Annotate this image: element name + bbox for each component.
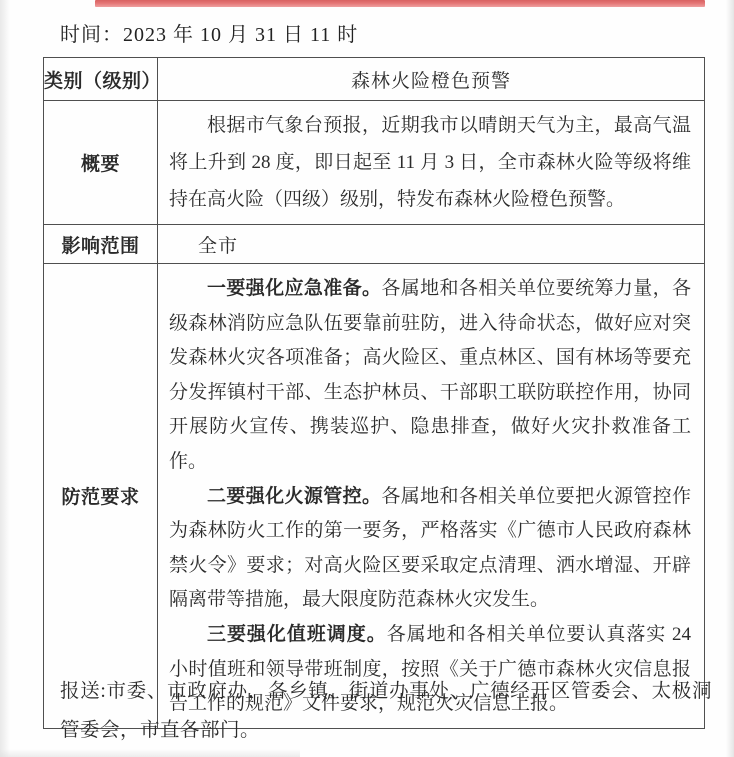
warning-table: 类别（级别） 森林火险橙色预警 概要 根据市气象台预报，近期我市以晴朗天气为主，… [43, 57, 705, 729]
table-row-requirements: 防范要求 一要强化应急准备。各属地和各相关单位要统筹力量，各级森林消防应急队伍要… [44, 264, 704, 728]
requirements-value: 一要强化应急准备。各属地和各相关单位要统筹力量，各级森林消防应急队伍要靠前驻防，… [158, 264, 704, 728]
scope-value: 全市 [158, 225, 704, 263]
summary-paragraph: 根据市气象台预报，近期我市以晴朗天气为主，最高气温将上升到 28 度，即日起至 … [169, 107, 691, 218]
scan-edge-bottom [0, 749, 300, 757]
issue-time: 时间：2023 年 10 月 31 日 11 时 [60, 18, 358, 47]
summary-value: 根据市气象台预报，近期我市以晴朗天气为主，最高气温将上升到 28 度，即日起至 … [158, 101, 704, 224]
distribution-list: 报送:市委、市政府办，各乡镇、街道办事处、广德经开区管委会、太极洞管委会，市直各… [60, 673, 712, 750]
scan-edge-left [0, 0, 10, 757]
table-row-scope: 影响范围 全市 [44, 225, 704, 264]
requirement-paragraph-2: 二要强化火源管控。各属地和各相关单位要把火源管控作为森林防火工作的第一要务，严格… [169, 480, 691, 618]
scope-label: 影响范围 [44, 225, 158, 263]
requirement-paragraph-1: 一要强化应急准备。各属地和各相关单位要统筹力量，各级森林消防应急队伍要靠前驻防，… [169, 272, 691, 480]
requirements-label: 防范要求 [44, 264, 158, 728]
table-row-summary: 概要 根据市气象台预报，近期我市以晴朗天气为主，最高气温将上升到 28 度，即日… [44, 101, 704, 225]
category-label: 类别（级别） [44, 58, 158, 100]
requirement-1-body: 各属地和各相关单位要统筹力量，各级森林消防应急队伍要靠前驻防，进入待命状态，做好… [169, 278, 691, 472]
requirement-2-lead: 二要强化火源管控。 [207, 486, 381, 507]
summary-label: 概要 [44, 101, 158, 224]
requirement-1-lead: 一要强化应急准备。 [207, 278, 381, 299]
header-red-divider [95, 0, 705, 7]
requirement-3-lead: 三要强化值班调度。 [207, 624, 387, 645]
category-value: 森林火险橙色预警 [158, 58, 704, 100]
table-row-category: 类别（级别） 森林火险橙色预警 [44, 58, 704, 101]
scan-edge-right [726, 0, 734, 757]
